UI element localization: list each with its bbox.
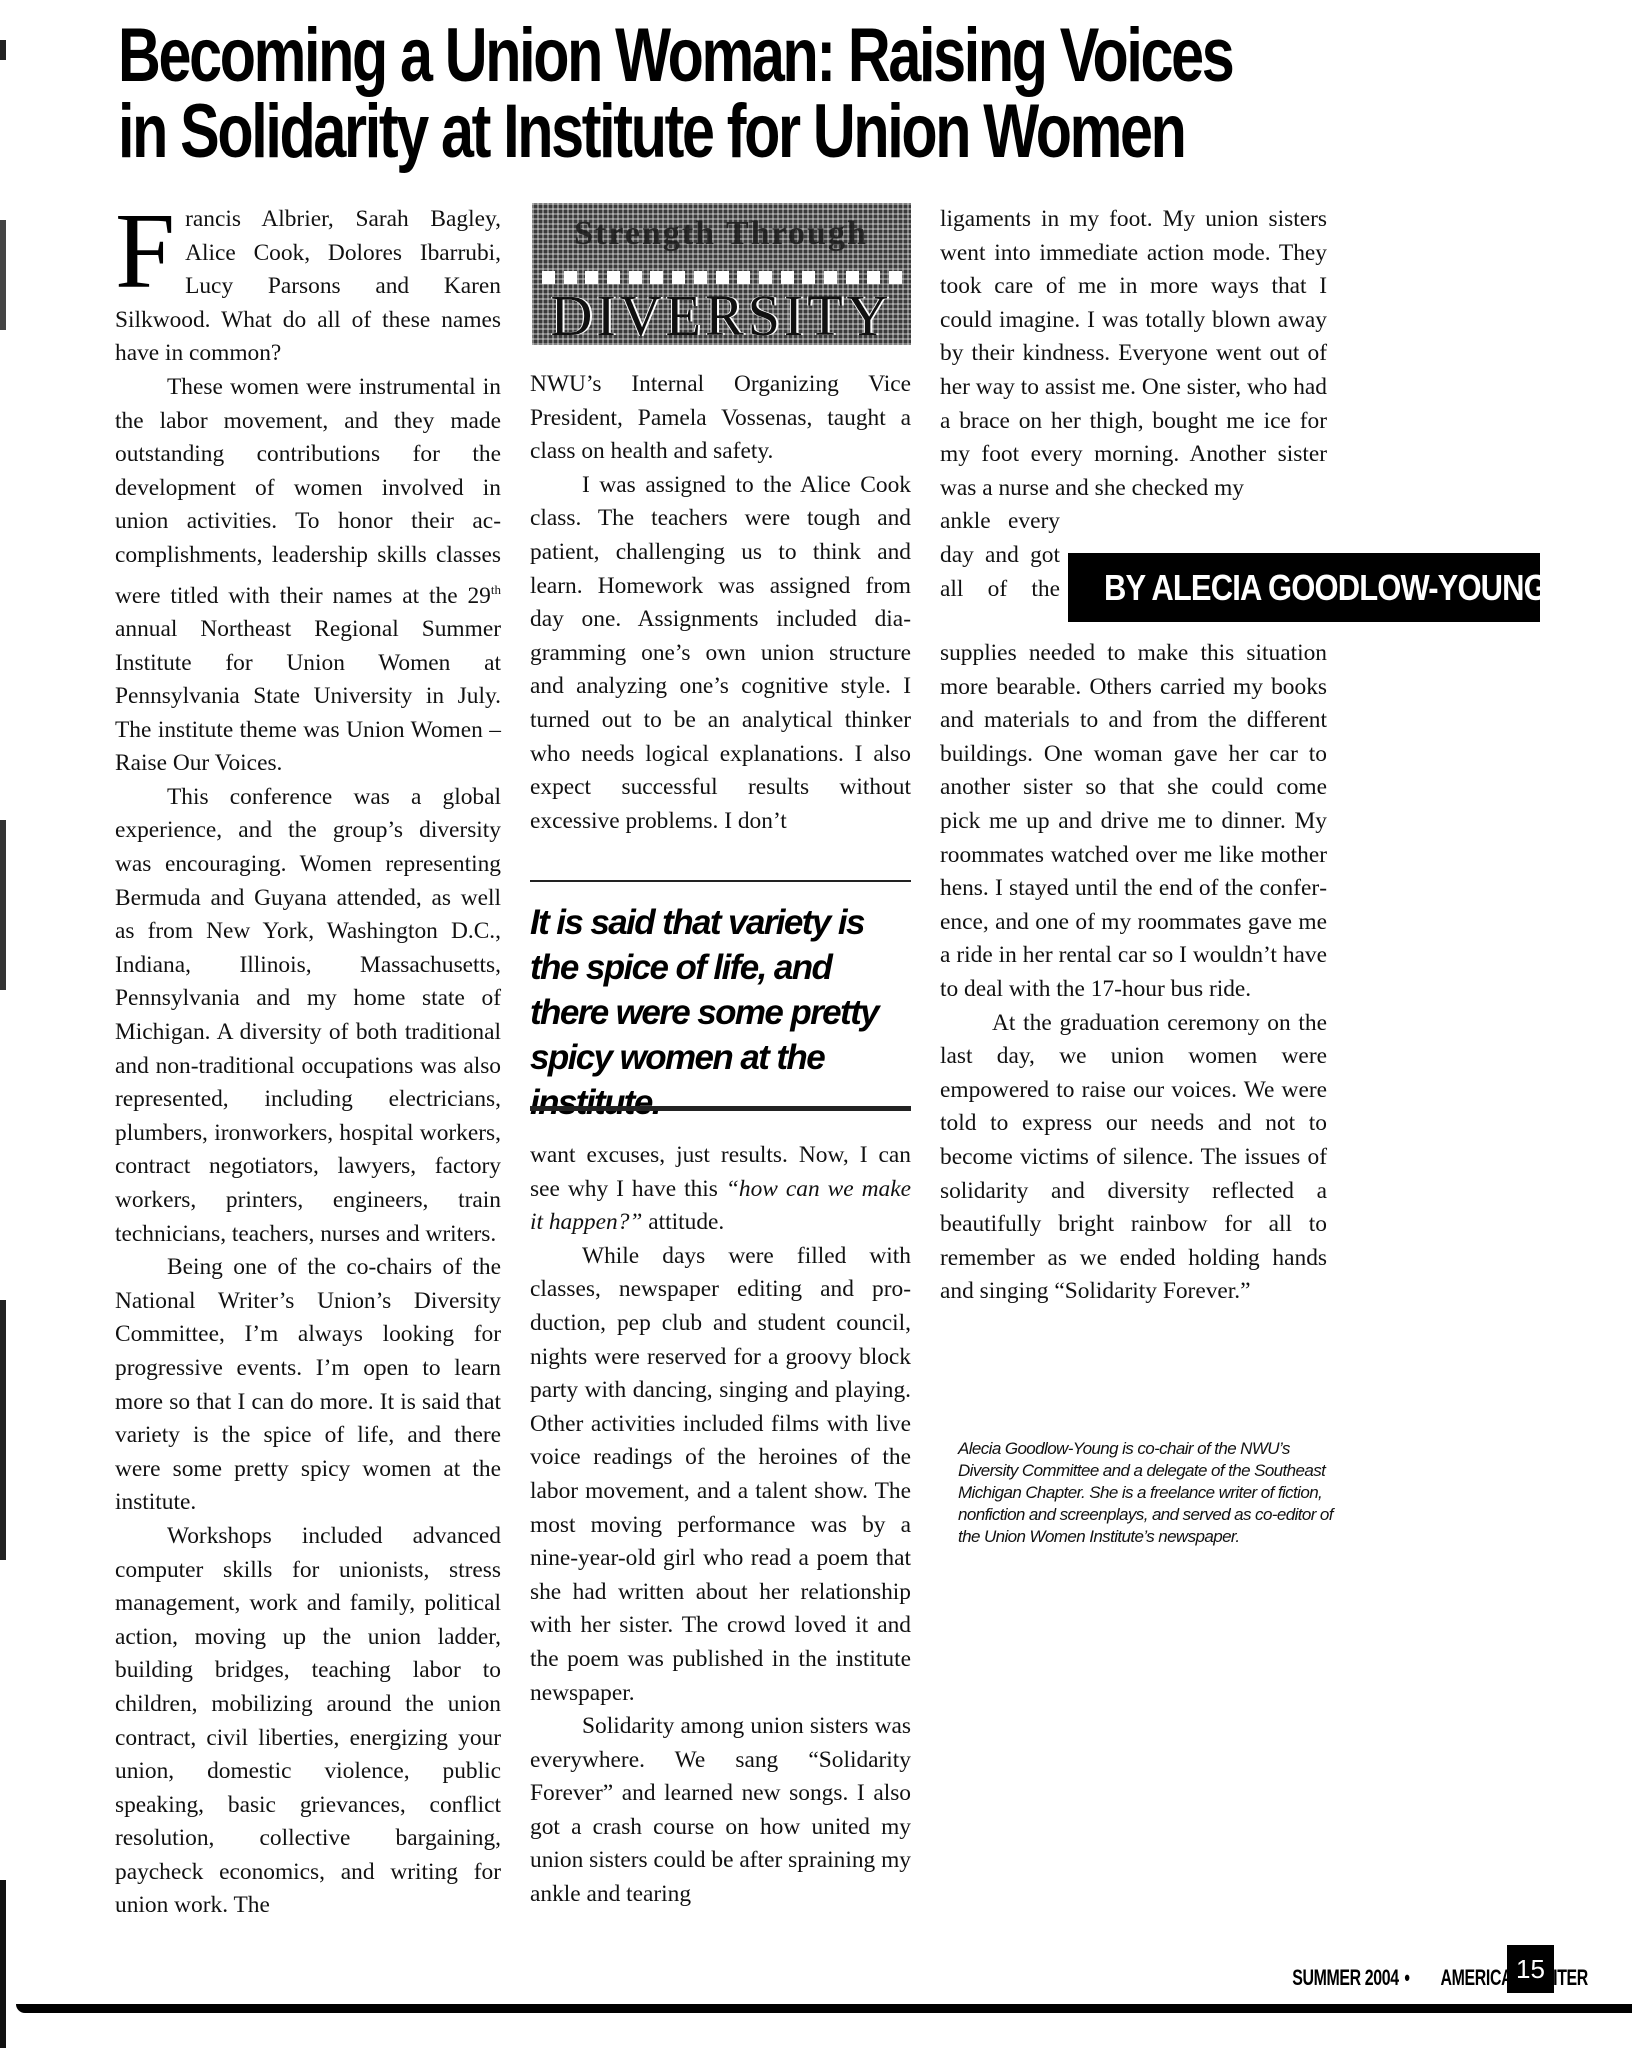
column-3-top: ligaments in my foot. My union sis­ters … [940, 203, 1327, 606]
bullet-separator: • [1404, 1965, 1409, 1991]
wrap-line: all of the [940, 573, 1060, 607]
text-run: attitude. [642, 1209, 724, 1235]
scan-edge-artifact [0, 0, 6, 2048]
title-line-1: Becoming a Union Woman: Raising Voices [118, 18, 1132, 94]
paragraph: supplies needed to make this situa­tion … [940, 637, 1327, 1007]
footer-issue: SUMMER 2004 [1292, 1965, 1398, 1991]
paragraph: At the graduation ceremony on the last d… [940, 1007, 1327, 1309]
pull-quote-top-rule [530, 880, 911, 882]
paragraph: Being one of the co-chairs of the Nation… [115, 1251, 501, 1520]
page-number: 15 [1507, 1945, 1554, 1993]
graphic-main-text: DIVERSITY [532, 287, 911, 345]
column-2-top: NWU’s Internal Organizing Vice President… [530, 368, 911, 838]
pull-quote: It is said that variety is the spice of … [530, 900, 911, 1125]
text-run: annual Northeast Regional Summer Institu… [115, 616, 501, 776]
author-bio: Alecia Goodlow-Young is co-chair of the … [958, 1438, 1338, 1548]
drop-cap: F [115, 209, 175, 301]
byline-text: BY ALECIA GOODLOW-YOUNG [1104, 553, 1547, 622]
graphic-top-text: Strength Through [540, 215, 902, 253]
pull-quote-bottom-rule [530, 1106, 911, 1111]
paragraph: ligaments in my foot. My union sis­ters … [940, 203, 1327, 505]
article-title: Becoming a Union Woman: Raising Voices i… [118, 18, 1132, 170]
paragraph: want excuses, just results. Now, I can s… [530, 1139, 911, 1240]
author-byline: BY ALECIA GOODLOW-YOUNG [1068, 553, 1540, 622]
byline-wrap-lines: ankle every day and got all of the [940, 505, 1060, 606]
paragraph: NWU’s Internal Organizing Vice President… [530, 368, 911, 469]
paragraph: This conference was a global experience,… [115, 781, 501, 1251]
column-1: Francis Albrier, Sarah Bagley, Alice Coo… [115, 203, 501, 1923]
wrap-line: day and got [940, 539, 1060, 573]
column-2-bottom: want excuses, just results. Now, I can s… [530, 1139, 911, 1912]
ordinal-suffix: th [491, 582, 501, 597]
title-line-2: in Solidarity at Institute for Union Wom… [118, 94, 1132, 170]
paragraph: I was assigned to the Alice Cook class. … [530, 469, 911, 839]
paragraph: While days were filled with classes, new… [530, 1240, 911, 1710]
bottom-rule [16, 2004, 1632, 2013]
column-3-bottom: supplies needed to make this situa­tion … [940, 637, 1327, 1309]
paragraph: Workshops included advanced computer ski… [115, 1520, 501, 1923]
text-run: These women were instrumen­tal in the la… [115, 374, 501, 608]
paragraph: Solidarity among union sisters was every… [530, 1710, 911, 1912]
paragraph: These women were instrumen­tal in the la… [115, 371, 501, 781]
diversity-series-graphic: Strength Through DIVERSITY [532, 203, 911, 345]
footer-issue-line: SUMMER 2004 • AMERICAN WRITER [1218, 1965, 1500, 1991]
paragraph-intro: Francis Albrier, Sarah Bagley, Alice Coo… [115, 203, 501, 371]
wrap-line: ankle every [940, 505, 1060, 539]
